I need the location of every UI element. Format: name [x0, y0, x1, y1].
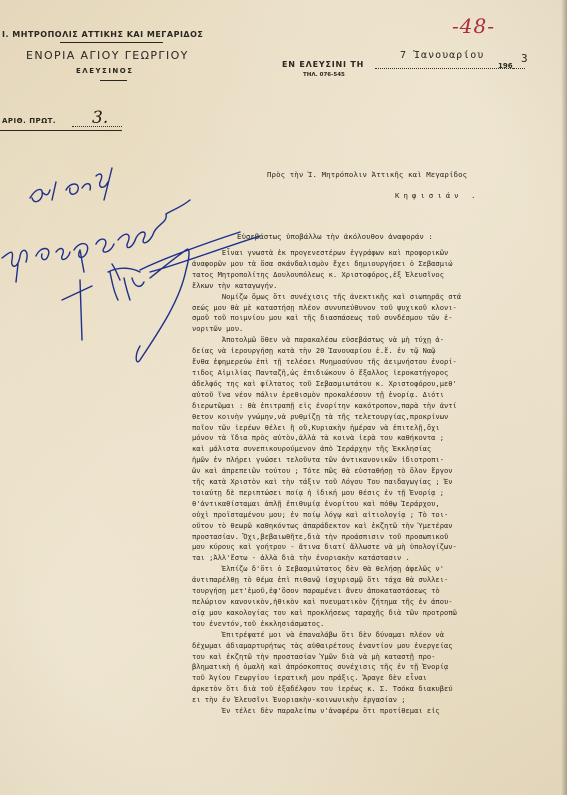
body-line: ἀδελφός της καὶ φίλτατος τοῦ Σεβασμιωτάτ… [192, 379, 564, 390]
body-line: προστασίαν. Ὄχι,βεβαιωθῆτε,διὰ τὴν προάσ… [192, 532, 564, 543]
phone-number: ΤΗΛ. 076-545 [303, 72, 345, 78]
body-line: τατος Μητροπολίτης Δουλουπόλεως κ. Χριστ… [192, 270, 564, 281]
body-line: οῦτον τὸ θεωρῶ καθηκόντως ἀπαράδεκτον κα… [192, 521, 564, 532]
body-line: μου κύρους καὶ γοήτρου - ἅτινα διατί ἄλλ… [192, 542, 564, 553]
body-line: Ἀποτολμῶ ὅθεν νὰ παρακαλέσω εὐσεβάστως ν… [192, 335, 564, 346]
year-suffix: 3 [521, 52, 528, 65]
letter-body: Εἶναι γνωστὰ ἐκ προγενεστέρων ἐγγράφων κ… [192, 248, 564, 717]
body-line: ἀντιπαρέλθῃ τὸ θέμα ἐπὶ πιθανῷ ἰσχυρισμῷ… [192, 575, 564, 586]
letterhead-parish: ΕΝΟΡΙΑ ΑΓΙΟΥ ΓΕΩΡΓΙΟΥ [26, 49, 189, 62]
body-line: σμοῦ τοῦ ποιμνίου μου καὶ τῆς διασπάσεως… [192, 313, 564, 324]
body-line: σεώς μου θὰ μὲ καταστήσῃ πλέον συνυπεύθυ… [192, 303, 564, 314]
body-line: ἡμῶν ἐν πλήρει γνώσει τελοῦντα τῶν ἀντικ… [192, 455, 564, 466]
body-line: του ἐνεντόν,τοῦ ἐκκλησιάσματος. [192, 619, 564, 630]
protocol-label: ΑΡΙΘ. ΠΡΩΤ. [2, 117, 56, 125]
folio-number-handwritten: -48- [452, 14, 495, 38]
body-line: δείας νὰ ἱερουργήσῃ κατὰ τὴν 20 Ἰανουαρί… [192, 346, 564, 357]
body-line: ἕλκων τὴν καταγωγήν. [192, 281, 564, 292]
letterhead-metropolis: Ι. ΜΗΤΡΟΠΟΛΙΣ ΑΤΤΙΚΗΣ ΚΑΙ ΜΕΓΑΡΙΔΟΣ [2, 30, 203, 39]
body-line: Νομίζω ὅμως ὅτι συνέχισις τῆς ἀνεκτικῆς … [192, 292, 564, 303]
body-line: ῶν καὶ ἀπρεπειῶν τούτου ; Τότε πῶς θὰ εὐ… [192, 466, 564, 477]
year-dotted-line [513, 68, 525, 69]
body-line: θ'ἀντικαθίσταμαι ἁπλῇ ἐπιθυμίᾳ ἐνορίτου … [192, 499, 564, 510]
body-line: τοιαύτῃ δὲ περιπτώσει ποίᾳ ἡ ἰδική μου θ… [192, 488, 564, 499]
body-line: του καὶ ἐκζητῶ τὴν προστασίαν Ὑμῶν διὰ ν… [192, 652, 564, 663]
body-line: Εἶναι γνωστὰ ἐκ προγενεστέρων ἐγγράφων κ… [192, 248, 564, 259]
body-line: πελώριον κανονικὸν,ἠθικὸν καὶ πνευματικὸ… [192, 597, 564, 608]
body-line: βληματικὴ ἡ ὁμαλὴ καὶ ἀπρόσκοπτος συνέχι… [192, 662, 564, 673]
body-line: τιδος Αἰμιλίας Πανταζῆ,ὡς ἐπιδιώκουν ὁ ἔ… [192, 368, 564, 379]
letterhead-town: ΕΛΕΥΣΙΝΟΣ [76, 67, 134, 75]
body-line: μόνον τὰ ἴδια πρὸς αὐτὸν,ἀλλὰ τὰ κοινὰ ἱ… [192, 433, 564, 444]
body-line: Ἐπιτρέψατέ μοι νὰ ἐπαναλάβω ὅτι δὲν δύνα… [192, 630, 564, 641]
year-prefix: 196 [498, 62, 513, 70]
body-line: δέχωμαι ἀδιαμαρτυρήτως τὰς αὐθαιρέτους ἐ… [192, 641, 564, 652]
body-line: θετον κοινὴν γνώμην,νὰ ρυθμίζῃ τὰ τῆς τε… [192, 412, 564, 423]
protocol-number-handwritten: 3. [92, 108, 108, 128]
protocol-underline [0, 130, 122, 131]
letter-page: Ι. ΜΗΤΡΟΠΟΛΙΣ ΑΤΤΙΚΗΣ ΚΑΙ ΜΕΓΑΡΙΔΟΣ ΕΝΟΡ… [0, 0, 567, 795]
body-line: Ἐν τέλει δὲν παραλείπω ν'ἀναφέρω ὅτι προ… [192, 706, 564, 717]
body-line: Ἐλπίζω δ'ὅτι ὁ Σεβασμιώτατος δὲν θὰ θελή… [192, 564, 564, 575]
body-line: τῆς κατὰ Χριστὸν καὶ τὴν τάξιν τοῦ Λόγου… [192, 477, 564, 488]
letterhead-ornament-rule [100, 80, 127, 81]
body-line: νοριτῶν μου. [192, 324, 564, 335]
body-line: ει τὴν ἐν Ἐλευσῖνι Ἐνοριακὴν-κοινωνικὴν … [192, 695, 564, 706]
body-line: ἔνθα ἐφημερεύω ἐπὶ τῇ τελέσει Μνημοσύνου… [192, 357, 564, 368]
paper-edge-shadow [561, 0, 567, 795]
body-line: ποῖον τῶν ἱερέων θέλει ἢ οὔ,Κυριακὴν ἡμέ… [192, 423, 564, 434]
recipient-city: Κηφισιάν . [395, 191, 480, 200]
body-line: διερωτῶμαι : θὰ ἐπιτραπῇ εἰς ἐνορίτην κα… [192, 401, 564, 412]
date-day-month: 7 Ἰανουαρίου [400, 50, 484, 61]
letterhead-rule [60, 42, 163, 43]
place-label: ΕΝ ΕΛΕΥΣΙΝΙ ΤΗ [282, 60, 364, 69]
body-line: ἀρκετὸν ὅτι διὰ τοῦ ἐξαδέλφου του ἱερέως… [192, 684, 564, 695]
intro-line: Εὐσεβάστως ὑποβάλλω τὴν ἀκόλουθον ἀναφορ… [237, 232, 433, 241]
body-line: τουργήσῃ μετ'ἐμοῦ,ἐφ'ὅσον παραμένει ἄνευ… [192, 586, 564, 597]
body-line: ἀναφορῶν μου τὰ ὅσα σκάνδαλισμὸν ἔχει δη… [192, 259, 564, 270]
body-line: τοῦ Ἁγίου Γεωργίου ἱερατικῆ μου πράξις. … [192, 673, 564, 684]
body-line: καὶ μάλιστα συνεπικουρούμενον ἀπὸ Ἱεράρχ… [192, 444, 564, 455]
body-line: οὐχὶ προϊσταμένου μου; ἐν ποίῳ λόγῳ καὶ … [192, 510, 564, 521]
body-line: αὐτοῦ ἵνα νέον πάλιν ἐρεθισμὸν προκαλέσο… [192, 390, 564, 401]
recipient-line: Πρὸς τὴν Ἱ. Μητρόπολιν Ἀττικῆς καὶ Μεγαρ… [267, 170, 467, 179]
body-line: σίᾳ μου κακολογίας του καὶ προκλήσεως τα… [192, 608, 564, 619]
body-line: ται ;Ἀλλ'ἔστω - ἀλλὰ διὰ τὴν ἐνοριακὴν κ… [192, 553, 564, 564]
